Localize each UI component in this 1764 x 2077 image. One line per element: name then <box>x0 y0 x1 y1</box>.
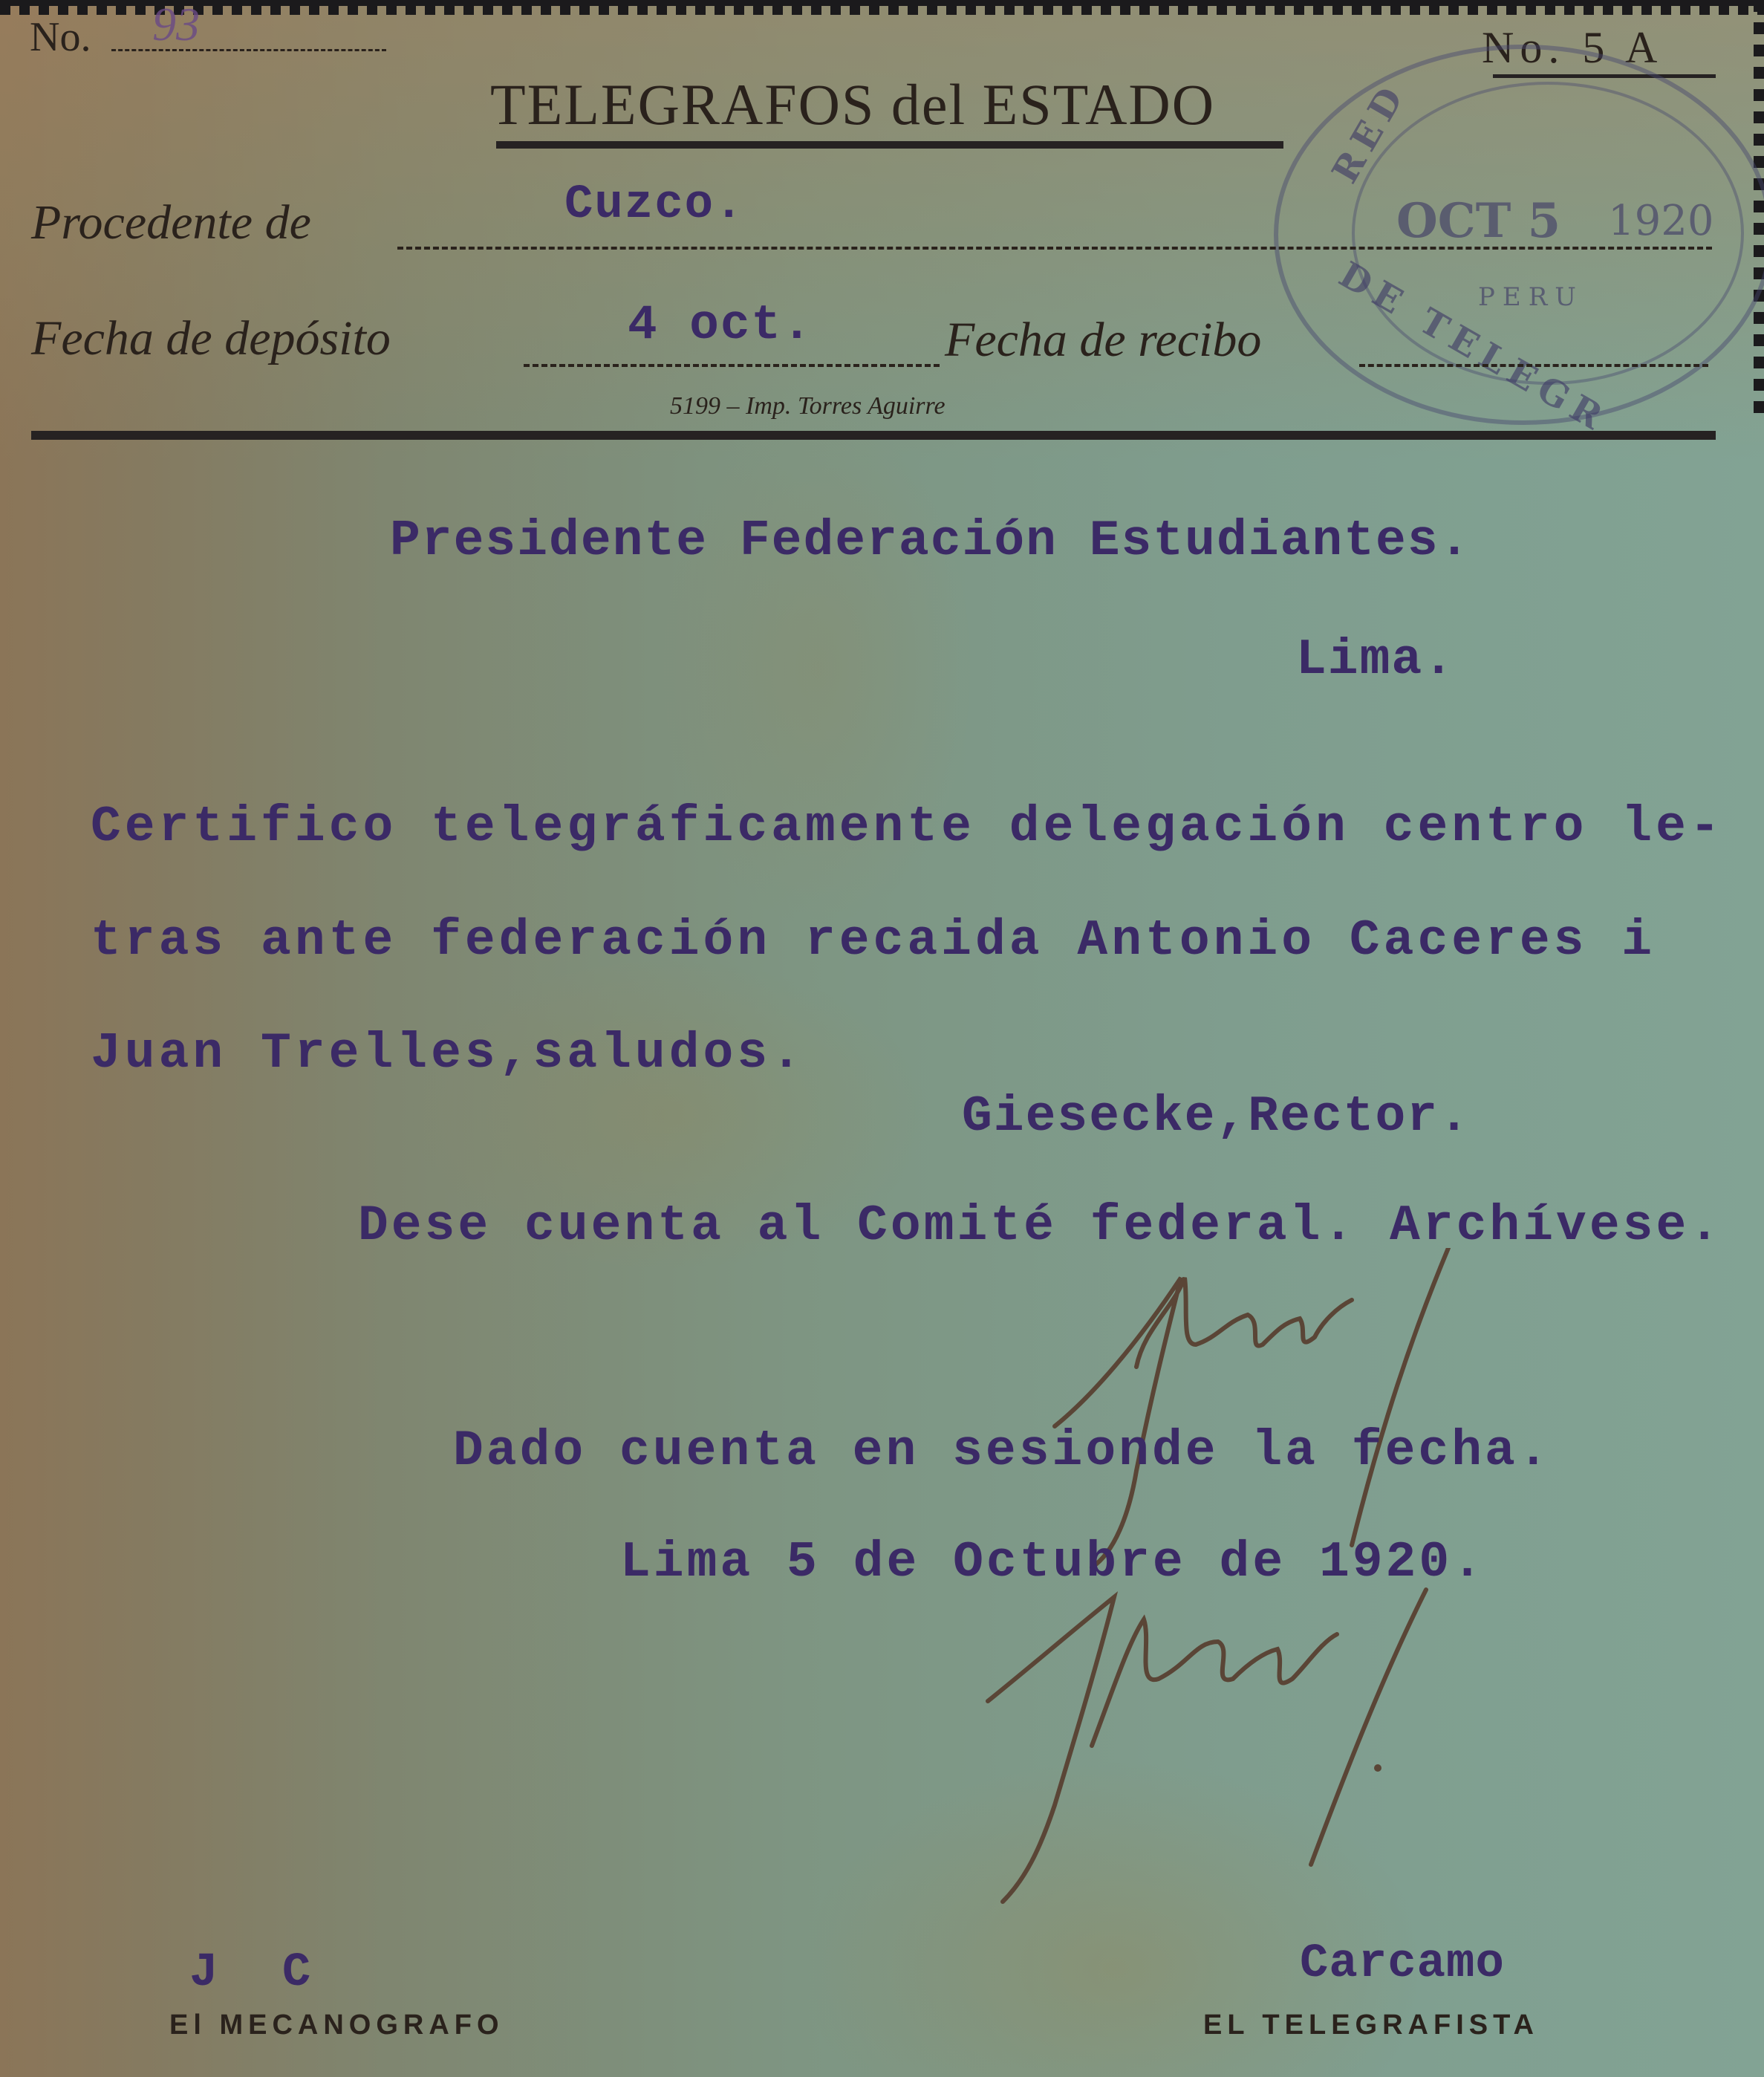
telegraphist-label: EL TELEGRAFISTA <box>1203 2009 1539 2041</box>
addressee: Presidente Federación Estudiantes. <box>390 513 1471 570</box>
annotation-session: Dado cuenta en sesionde la fecha. <box>453 1423 1552 1480</box>
deposit-date-line <box>524 364 940 367</box>
typist-initials: J C <box>189 1946 328 2000</box>
form-title: TELEGRAFOS del ESTADO <box>490 71 1215 138</box>
handwritten-signature-2 <box>966 1582 1485 1909</box>
number-label: No. <box>30 13 91 61</box>
telegraphist-name: Carcamo <box>1300 1937 1505 1991</box>
deposit-date-label: Fecha de depósito <box>31 311 391 367</box>
receipt-date-line <box>1359 364 1708 367</box>
stamp-center-text: PERU <box>1478 282 1584 312</box>
stamp-year: 1920 <box>1608 197 1714 245</box>
origin-value[interactable]: Cuzco. <box>564 178 744 232</box>
addressee-city: Lima. <box>1296 631 1455 689</box>
typist-label: El MECANOGRAFO <box>169 2009 504 2041</box>
printer-imprint: 5199 – Imp. Torres Aguirre <box>670 392 946 420</box>
title-underline <box>496 141 1283 149</box>
deposit-date-value[interactable]: 4 oct. <box>628 297 813 353</box>
handwritten-signature-1 <box>1025 1248 1500 1575</box>
message-line-1: Certifico telegráficamente delegación ce… <box>91 799 1724 856</box>
origin-label: Procedente de <box>31 195 311 251</box>
perforated-edge-top <box>0 0 1764 15</box>
message-line-3: Juan Trelles,saludos. <box>91 1025 805 1082</box>
annotation-forward: Dese cuenta al Comité federal. Archívese… <box>358 1197 1722 1255</box>
sender-signature-typed: Giesecke,Rector. <box>962 1088 1471 1145</box>
stamp-date: OCT 5 <box>1396 193 1560 249</box>
message-line-2: tras ante federación recaida Antonio Cac… <box>91 912 1656 969</box>
origin-line <box>397 247 1712 250</box>
receipt-date-label: Fecha de recibo <box>945 312 1261 368</box>
header-divider <box>31 431 1716 440</box>
number-value: 93 <box>152 0 200 52</box>
